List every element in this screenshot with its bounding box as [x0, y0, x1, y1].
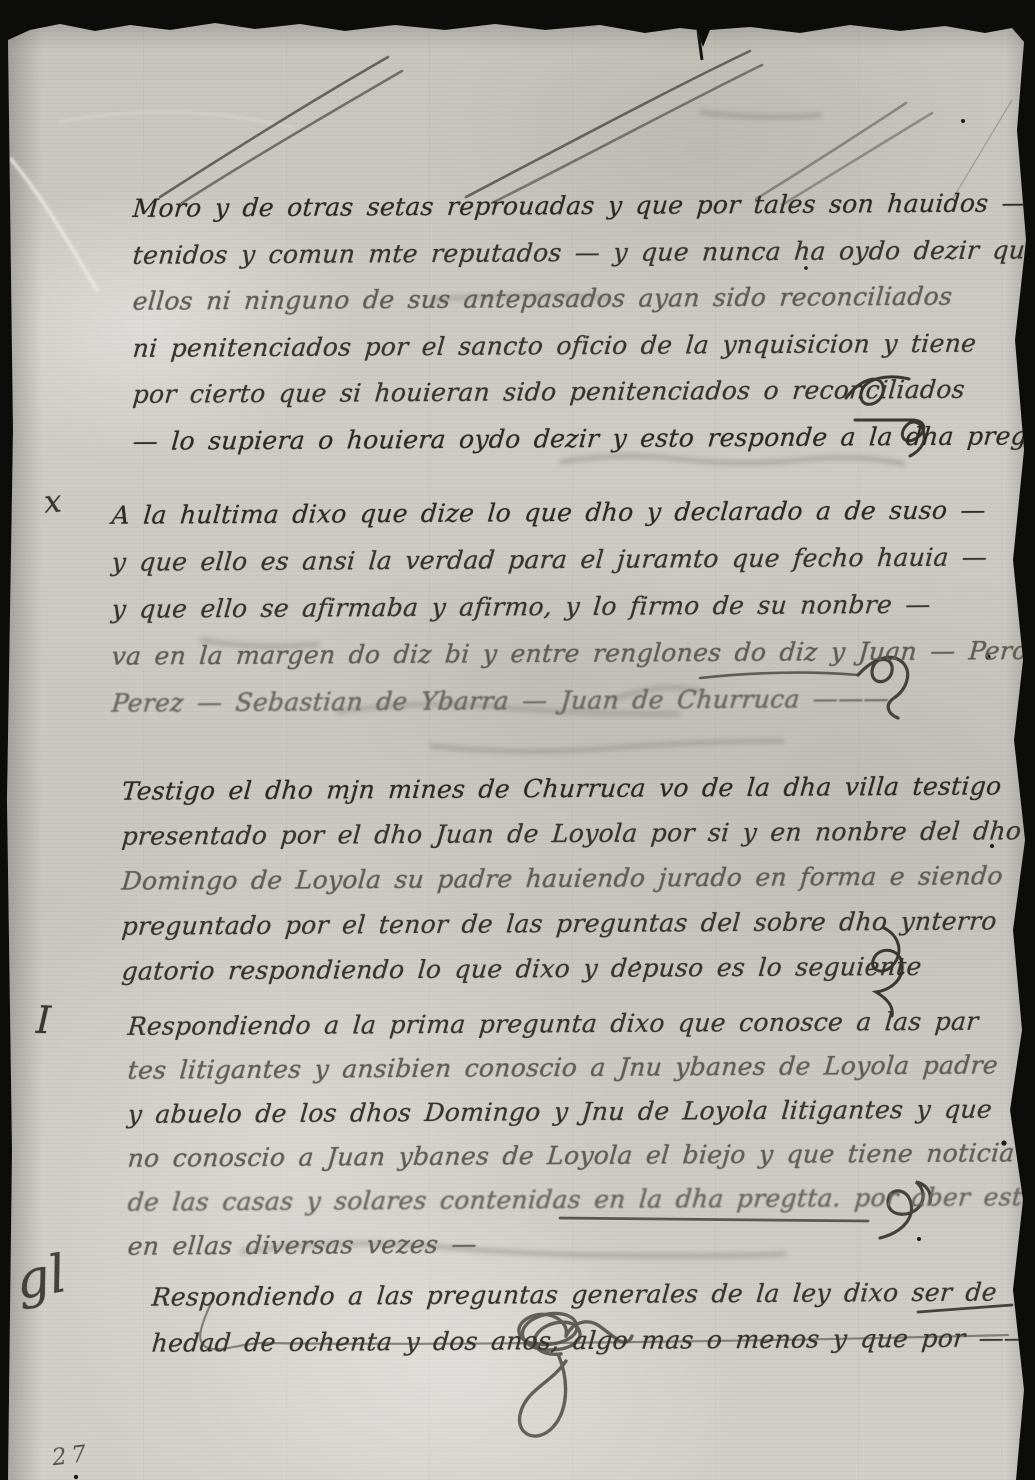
manuscript-line: y abuelo de los dhos Domingo y Jnu de Lo…	[126, 1087, 1035, 1137]
manuscript-line: tenidos y comun mte reputados — y que nu…	[131, 227, 1035, 279]
margin-question-mark-x: x	[43, 483, 63, 520]
paragraph-5: Respondiendo a las preguntas generales d…	[152, 1272, 1029, 1364]
manuscript-line: por cierto que si houieran sido penitenc…	[131, 366, 1035, 418]
manuscript-line: no conoscio a Juan ybanes de Loyola el b…	[126, 1131, 1035, 1181]
manuscript-line: Domingo de Loyola su padre hauiendo jura…	[120, 853, 1023, 903]
manuscript-line: en ellas diversas vezes —	[126, 1219, 1035, 1269]
manuscript-line: ni penitenciados por el sancto oficio de…	[131, 320, 1035, 372]
manuscript-line: y que ello es ansi la verdad para el jur…	[110, 533, 1030, 586]
margin-generales-mark: gl	[11, 1244, 71, 1312]
manuscript-line: gatorio respondiendo lo que dixo y depus…	[120, 943, 1023, 993]
manuscript-line: A la hultima dixo que dize lo que dho y …	[110, 486, 1030, 539]
manuscript-line: Respondiendo a las preguntas generales d…	[150, 1269, 1031, 1320]
folio-number: 27	[51, 1441, 93, 1472]
margin-question-mark-i: I	[35, 998, 52, 1042]
scanned-manuscript-page: x I gl Moro y de otras setas reprouadas …	[0, 0, 1035, 1480]
paper-tear-mark	[698, 30, 702, 60]
manuscript-line: y que ello se afirmaba y afirmo, y lo fi…	[110, 580, 1030, 633]
paragraph-2: A la hultima dixo que dize lo que dho y …	[112, 489, 1027, 724]
manuscript-line: Perez — Sebastian de Ybarra — Juan de Ch…	[110, 674, 1030, 727]
paragraph-3: Testigo el dho mjn mines de Churruca vo …	[122, 766, 1021, 991]
manuscript-line: preguntado por el tenor de las preguntas…	[120, 898, 1023, 948]
manuscript-line: de las casas y solares contenidas en la …	[126, 1175, 1035, 1225]
manuscript-line: va en la margen do diz bi y entre renglo…	[110, 627, 1030, 680]
paragraph-1: Moro y de otras setas reprouadas y que p…	[133, 183, 1035, 462]
paragraph-4: Respondiendo a la prima pregunta dixo qu…	[128, 1002, 1035, 1266]
manuscript-line: Moro y de otras setas reprouadas y que p…	[131, 180, 1035, 232]
manuscript-line: tes litigantes y ansibien conoscio a Jnu…	[126, 1043, 1035, 1093]
manuscript-paper: x I gl Moro y de otras setas reprouadas …	[0, 0, 1035, 1480]
manuscript-line: ellos ni ninguno de sus antepasados ayan…	[131, 273, 1035, 325]
manuscript-line: hedad de ochenta y dos anos, algo mas o …	[150, 1315, 1031, 1366]
manuscript-line: Respondiendo a la prima pregunta dixo qu…	[126, 999, 1035, 1049]
manuscript-line: presentado por el dho Juan de Loyola por…	[120, 808, 1023, 858]
manuscript-line: Testigo el dho mjn mines de Churruca vo …	[120, 763, 1023, 813]
manuscript-line: — lo supiera o houiera oydo dezir y esto…	[131, 413, 1035, 465]
